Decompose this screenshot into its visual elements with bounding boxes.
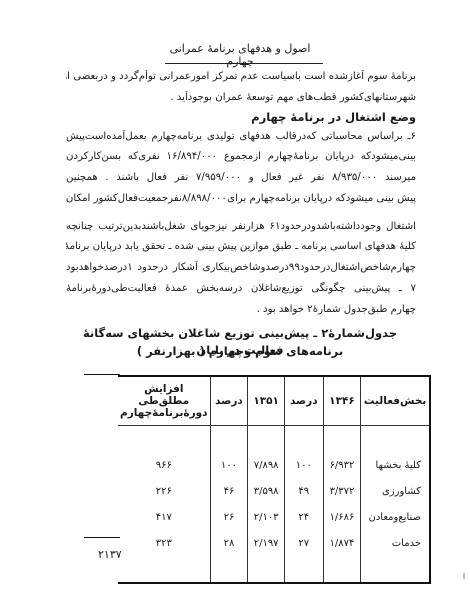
paragraph-line: ۷ ـ پیش‌بینی چگونگی توزیع‌شاغلان درسه‌بخ… bbox=[66, 282, 416, 296]
cell-sector: خدمات bbox=[361, 530, 430, 556]
cell-increase: ۴۱۷ bbox=[118, 504, 210, 530]
cell-sector: کشاورزی bbox=[361, 478, 430, 504]
paragraph-line: میرسند ۸/۹۳۵/۰۰۰ نفر غیر فعال و ۷/۹۵۹/۰۰… bbox=[66, 171, 416, 185]
table-row: کشاورزی ۳/۳۷۲ ۴۹ ۳/۵۹۸ ۴۶ ۲۲۶ bbox=[118, 478, 430, 504]
cell-pct-1351: ۲۸ bbox=[210, 530, 248, 556]
table-row: خدمات ۱/۸۷۴ ۲۷ ۲/۱۹۷ ۲۸ ۳۲۳ bbox=[118, 530, 430, 556]
col-1351: ۱۳۵۱ bbox=[248, 376, 284, 426]
cell-pct-1346: ۲۴ bbox=[284, 504, 323, 530]
paragraph-line: بینی‌میشودکه درپایان برنامهٔ‌چهارم ازمجم… bbox=[66, 150, 416, 164]
table-rule-bottom bbox=[84, 537, 120, 538]
header-rule bbox=[165, 63, 323, 64]
cell-1351: ۳/۵۹۸ bbox=[248, 478, 284, 504]
page-number: ۲۱۳۷ bbox=[98, 548, 122, 561]
col-sector: بخش‌فعالیت bbox=[361, 376, 430, 426]
section-heading: وضع اشتغال در برنامهٔ چهارم bbox=[200, 110, 416, 124]
employment-table: بخش‌فعالیت ۱۳۴۶ درصد ۱۳۵۱ درصد افزایش مط… bbox=[118, 375, 431, 584]
cell-1346: ۱/۶۸۶ bbox=[323, 504, 361, 530]
cell-1351: ۲/۱۹۷ bbox=[248, 530, 284, 556]
cell-pct-1351: ۴۶ bbox=[210, 478, 248, 504]
table-subtitle: برنامه‌های سوم وچهارم ( بهزارنفر ) bbox=[70, 343, 410, 360]
cell-1346: ۶/۹۳۲ bbox=[323, 452, 361, 478]
scan-mark bbox=[463, 573, 465, 579]
table-row: کلیهٔ بخشها ۶/۹۳۲ ۱۰۰ ۷/۸۹۸ ۱۰۰ ۹۶۶ bbox=[118, 452, 430, 478]
paragraph-line: ۶ـ براساس محاسباتی که‌درقالب هدفهای تولی… bbox=[66, 130, 416, 144]
cell-pct-1346: ۲۷ bbox=[284, 530, 323, 556]
col-increase: افزایش مطلق‌طی دورهٔ‌برنامهٔ‌چهارم bbox=[118, 376, 210, 426]
paragraph-line: اشتغال وجودداشته‌باشدودرحدود۶۱ هزارنفر ن… bbox=[66, 220, 416, 234]
paragraph-line: کلیهٔ هدفهای اساسی برنامه ـ طبق موازین پ… bbox=[66, 240, 416, 254]
cell-pct-1346: ۱۰۰ bbox=[284, 452, 323, 478]
cell-1351: ۷/۸۹۸ bbox=[248, 452, 284, 478]
cell-pct-1351: ۱۰۰ bbox=[210, 452, 248, 478]
cell-pct-1346: ۴۹ bbox=[284, 478, 323, 504]
col-pct-1351: درصد bbox=[210, 376, 248, 426]
table-rule-top bbox=[84, 374, 120, 375]
intro-line: شهرستانهای‌کشور قطب‌های مهم توسعهٔ عمران… bbox=[66, 91, 416, 105]
cell-1351: ۲/۱۰۳ bbox=[248, 504, 284, 530]
col-pct-1346: درصد bbox=[284, 376, 323, 426]
table-header-row: بخش‌فعالیت ۱۳۴۶ درصد ۱۳۵۱ درصد افزایش مط… bbox=[118, 376, 430, 426]
cell-increase: ۳۲۳ bbox=[118, 530, 210, 556]
document-page: اصول و هدفهای برنامهٔ عمرانی چهارم برنام… bbox=[0, 0, 470, 599]
cell-1346: ۱/۸۷۴ bbox=[323, 530, 361, 556]
cell-increase: ۲۲۶ bbox=[118, 478, 210, 504]
table-row: صنایع‌ومعادن ۱/۶۸۶ ۲۴ ۲/۱۰۳ ۲۶ ۴۱۷ bbox=[118, 504, 430, 530]
paragraph-line: چهارم‌شاخص‌اشتغال‌درحدود۹۹درصدوشاخص‌بیکا… bbox=[66, 261, 416, 275]
cell-increase: ۹۶۶ bbox=[118, 452, 210, 478]
cell-1346: ۳/۳۷۲ bbox=[323, 478, 361, 504]
cell-sector: کلیهٔ بخشها bbox=[361, 452, 430, 478]
col-1346: ۱۳۴۶ bbox=[323, 376, 361, 426]
paragraph-line: پیش بینی میشودکه درپایان برنامه‌چهارم بر… bbox=[66, 192, 416, 206]
cell-sector: صنایع‌ومعادن bbox=[361, 504, 430, 530]
cell-pct-1351: ۲۶ bbox=[210, 504, 248, 530]
intro-line: برنامهٔ سوم آغازشده است باسیاست عدم تمرک… bbox=[66, 70, 416, 84]
running-header: اصول و هدفهای برنامهٔ عمرانی چهارم bbox=[160, 42, 320, 68]
paragraph-line: چهارم طبق‌جدول شمارهٔ۲ خواهد بود . bbox=[66, 303, 416, 317]
